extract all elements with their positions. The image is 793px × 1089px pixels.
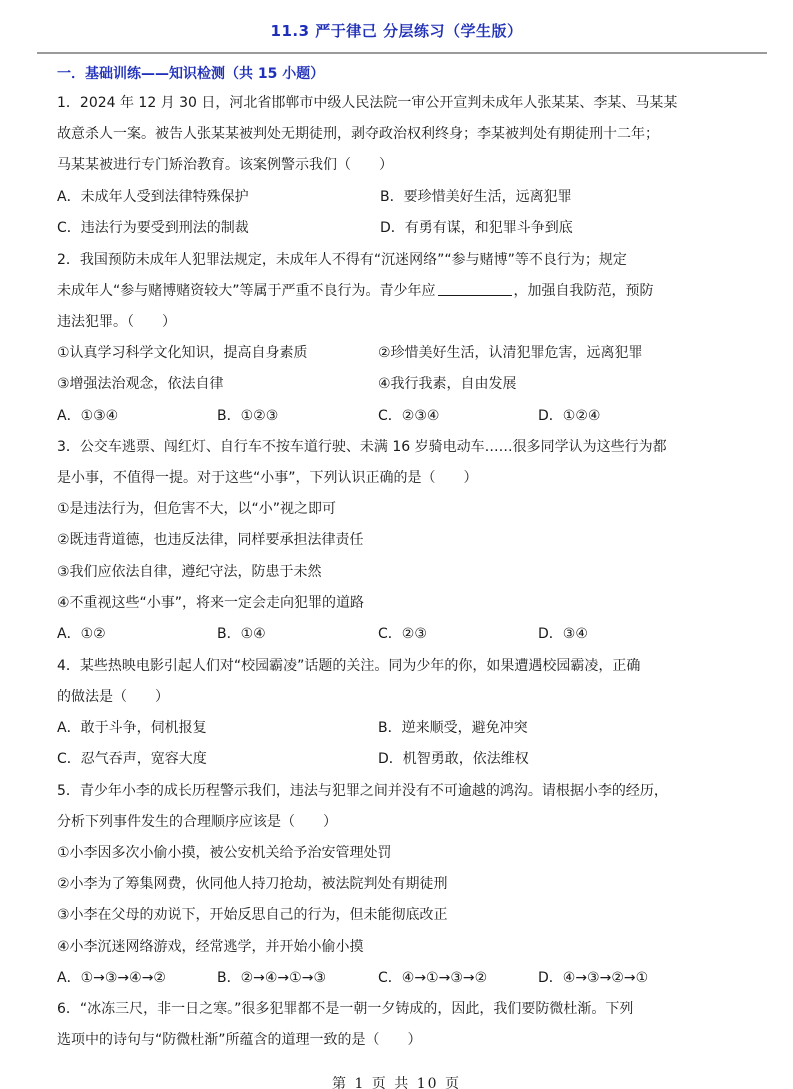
option-a[interactable]: A．①→③→④→② [57, 968, 166, 988]
option-d[interactable]: D．③④ [538, 624, 588, 644]
statement-item: ③增强法治观念，依法自律 [57, 374, 224, 394]
option-c[interactable]: C．②③④ [378, 406, 439, 426]
question-text: 分析下列事件发生的合理顺序应该是（ ） [57, 812, 337, 832]
question-text: 5．青少年小李的成长历程警示我们，违法与犯罪之间并没有不可逾越的鸿沟。请根据小李… [57, 781, 668, 801]
option-b[interactable]: B．②→④→①→③ [217, 968, 326, 988]
question-text: 选项中的诗句与“防微杜渐”所蕴含的道理一致的是（ ） [57, 1030, 422, 1050]
option-d[interactable]: D．有勇有谋，和犯罪斗争到底 [380, 218, 573, 238]
statement-item: ③我们应依法自律，遵纪守法，防患于未然 [57, 562, 322, 582]
question-text: 3．公交车逃票、闯红灯、自行车不按车道行驶、未满 16 岁骑电动车……很多同学认… [57, 437, 667, 457]
question-text: 未成年人“参与赌博赌资较大”等属于严重不良行为。青少年应，加强自我防范，预防 [57, 281, 654, 301]
statement-item: ②既违背道德，也违反法律，同样要承担法律责任 [57, 530, 364, 550]
statement-item: ②小李为了筹集网费，伙同他人持刀抢劫，被法院判处有期徒刑 [57, 874, 448, 894]
statement-item: ④小李沉迷网络游戏，经常逃学，并开始小偷小摸 [57, 937, 364, 957]
option-c[interactable]: C．忍气吞声，宽容大度 [57, 749, 207, 769]
option-d[interactable]: D．④→③→②→① [538, 968, 648, 988]
fill-in-blank [438, 281, 512, 296]
statement-item: ①小李因多次小偷小摸，被公安机关给予治安管理处罚 [57, 843, 392, 863]
option-a[interactable]: A．未成年人受到法律特殊保护 [57, 187, 249, 207]
statement-item: ④我行我素，自由发展 [378, 374, 517, 394]
option-a[interactable]: A．①③④ [57, 406, 118, 426]
statement-item: ①认真学习科学文化知识，提高自身素质 [57, 343, 308, 363]
question-text: 2．我国预防未成年人犯罪法规定，未成年人不得有“沉迷网络”“参与赌博”等不良行为… [57, 250, 627, 270]
option-a[interactable]: A．敢于斗争，伺机报复 [57, 718, 207, 738]
document-page: 11.3 严于律己 分层练习（学生版） 一．基础训练——知识检测（共 15 小题… [0, 0, 793, 1089]
question-text: 4．某些热映电影引起人们对“校园霸凌”话题的关注。同为少年的你，如果遭遇校园霸凌… [57, 656, 640, 676]
option-a[interactable]: A．①② [57, 624, 106, 644]
statement-item: ④不重视这些“小事”，将来一定会走向犯罪的道路 [57, 593, 364, 613]
question-text: 违法犯罪。（ ） [57, 312, 176, 332]
question-text: 马某某被进行专门矫治教育。该案例警示我们（ ） [57, 155, 393, 175]
option-b[interactable]: B．①④ [217, 624, 266, 644]
statement-item: ③小李在父母的劝说下，开始反思自己的行为，但未能彻底改正 [57, 905, 448, 925]
title-divider [37, 52, 767, 54]
question-text: 是小事，不值得一提。对于这些“小事”，下列认识正确的是（ ） [57, 468, 478, 488]
statement-item: ①是违法行为，但危害不大，以“小”视之即可 [57, 499, 336, 519]
section-heading: 一．基础训练——知识检测（共 15 小题） [57, 63, 324, 83]
option-c[interactable]: C．④→①→③→② [378, 968, 487, 988]
option-b[interactable]: B．①②③ [217, 406, 278, 426]
question-text: 1．2024 年 12 月 30 日，河北省邯郸市中级人民法院一审公开宣判未成年… [57, 93, 677, 113]
question-text-part: ，加强自我防范，预防 [514, 283, 654, 299]
statement-item: ②珍惜美好生活，认清犯罪危害，远离犯罪 [378, 343, 643, 363]
option-d[interactable]: D．①②④ [538, 406, 600, 426]
document-title: 11.3 严于律己 分层练习（学生版） [0, 20, 793, 41]
option-b[interactable]: B．逆来顺受，避免冲突 [378, 718, 528, 738]
question-text: 故意杀人一案。被告人张某某被判处无期徒刑，剥夺政治权利终身；李某被判处有期徒刑十… [57, 124, 659, 144]
page-number: 第 1 页 共 10 页 [0, 1073, 793, 1089]
option-c[interactable]: C．违法行为要受到刑法的制裁 [57, 218, 249, 238]
option-d[interactable]: D．机智勇敢，依法维权 [378, 749, 529, 769]
question-text: 6．“冰冻三尺，非一日之寒。”很多犯罪都不是一朝一夕铸成的，因此，我们要防微杜渐… [57, 999, 633, 1019]
question-text: 的做法是（ ） [57, 687, 169, 707]
option-c[interactable]: C．②③ [378, 624, 427, 644]
question-text-part: 未成年人“参与赌博赌资较大”等属于严重不良行为。青少年应 [57, 283, 436, 299]
option-b[interactable]: B．要珍惜美好生活，远离犯罪 [380, 187, 572, 207]
